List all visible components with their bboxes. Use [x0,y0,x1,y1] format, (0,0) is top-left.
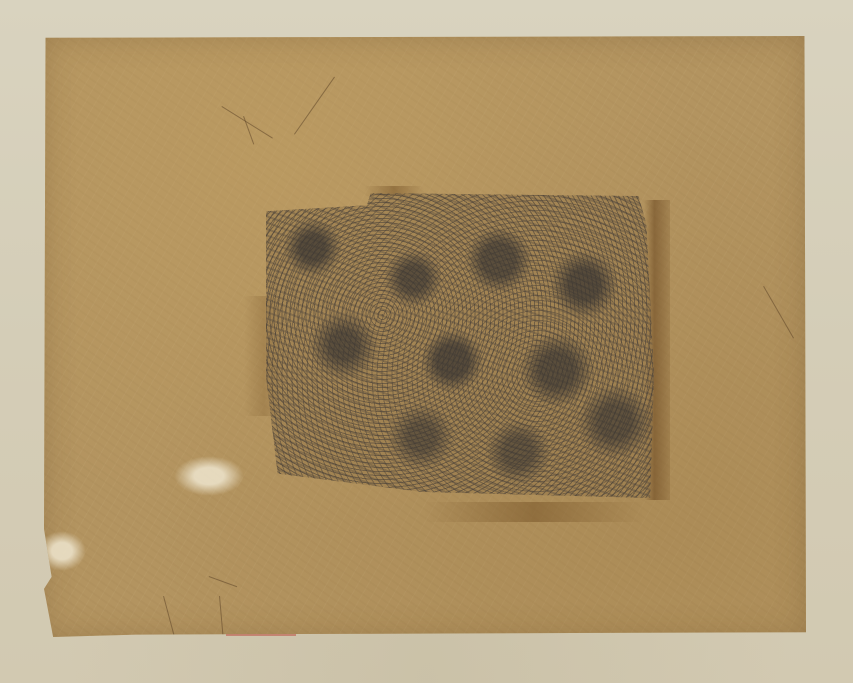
paper-fiber [209,576,238,587]
mount-backing [0,0,853,683]
paper-fiber [219,596,223,636]
mottled-rubbing-square [266,193,654,498]
brush-stroke [424,502,644,522]
worn-spot [38,531,86,571]
worn-spot [174,456,244,496]
paper-fiber [163,596,176,640]
paper-fiber [294,77,335,135]
red-edge-mark [226,634,296,636]
paper-fiber [763,286,794,338]
paper-fiber [221,106,272,139]
paper-fiber [243,116,254,145]
